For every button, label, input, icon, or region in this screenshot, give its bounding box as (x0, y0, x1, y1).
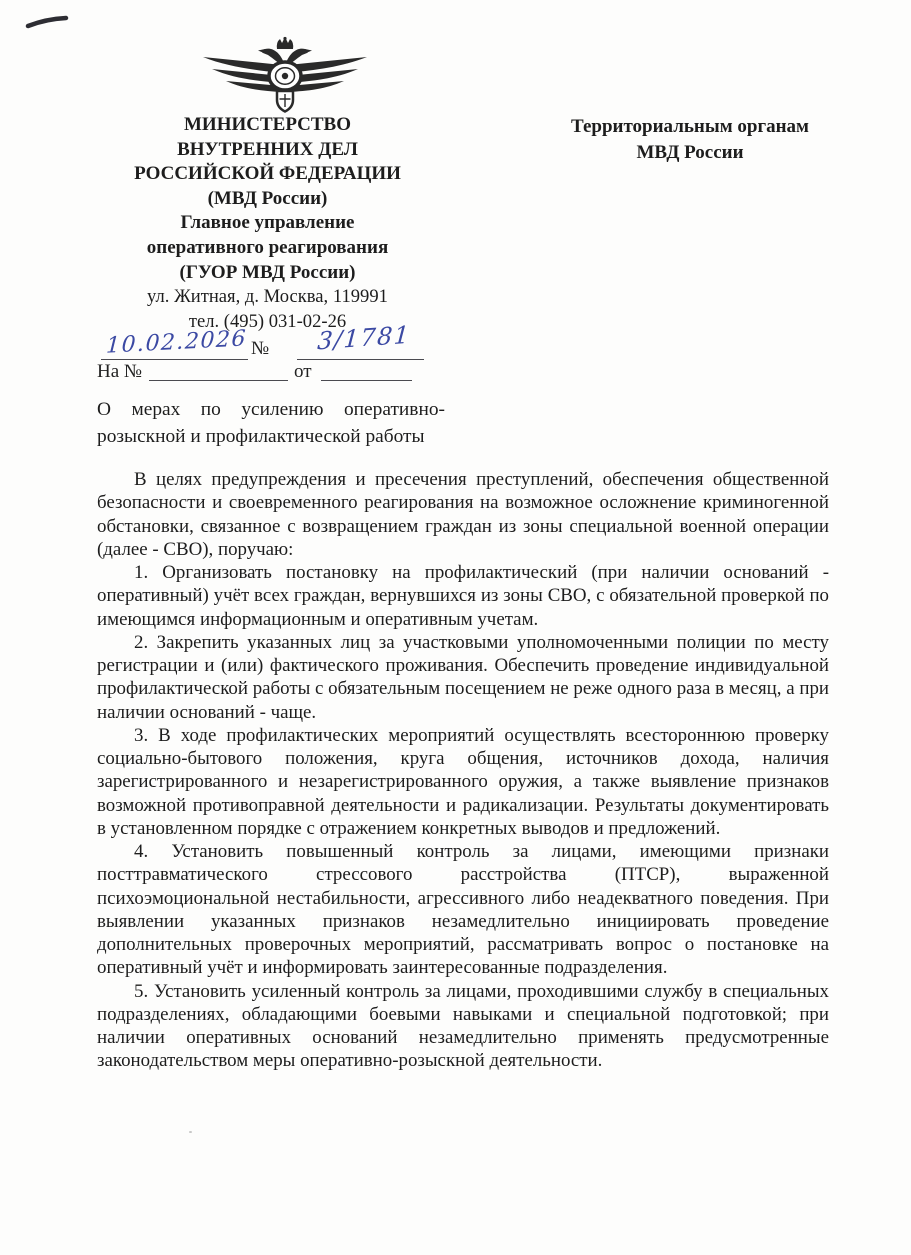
body-paragraph-item-3: 3. В ходе профилактических мероприятий о… (97, 724, 829, 840)
number-underline (297, 359, 424, 360)
double-headed-eagle-icon (199, 36, 371, 114)
addressee-line: Территориальным органам (525, 114, 855, 140)
incoming-number-underline (149, 380, 288, 381)
letter-body: В целях предупреждения и пресечения прес… (97, 468, 829, 1073)
body-paragraph-item-1: 1. Организовать постановку на профилакти… (97, 561, 829, 631)
incoming-date-label: от (294, 361, 312, 383)
date-underline (101, 359, 248, 360)
ministry-abbrev-line: (МВД России) (70, 187, 465, 212)
scan-speck-artifact (189, 1131, 192, 1133)
number-sign-label: № (251, 338, 269, 360)
department-name-line: оперативного реагирования (70, 236, 465, 261)
subject-line: розыскной и профилактической работы (97, 423, 445, 450)
incoming-number-label: На № (97, 361, 142, 383)
pen-mark-artifact (20, 10, 80, 35)
body-paragraph-item-5: 5. Установить усиленный контроль за лица… (97, 980, 829, 1073)
subject-line: О мерах по усилению оперативно- (97, 396, 445, 423)
ministry-name-line: МИНИСТЕРСТВО (70, 113, 465, 138)
letterhead-block: МИНИСТЕРСТВО ВНУТРЕННИХ ДЕЛ РОССИЙСКОЙ Ф… (70, 113, 465, 334)
ministry-name-line: ВНУТРЕННИХ ДЕЛ (70, 138, 465, 163)
scanned-letter-page: МИНИСТЕРСТВО ВНУТРЕННИХ ДЕЛ РОССИЙСКОЙ Ф… (0, 0, 911, 1255)
department-abbrev-line: (ГУОР МВД России) (70, 261, 465, 286)
department-name-line: Главное управление (70, 211, 465, 236)
body-paragraph-intro: В целях предупреждения и пресечения прес… (97, 468, 829, 561)
addressee-block: Территориальным органам МВД России (525, 114, 855, 165)
addressee-line: МВД России (525, 140, 855, 166)
incoming-date-underline (321, 380, 412, 381)
mvd-eagle-emblem (199, 36, 371, 114)
body-paragraph-item-2: 2. Закрепить указанных лиц за участковым… (97, 631, 829, 724)
letterhead-address: ул. Житная, д. Москва, 119991 (70, 285, 465, 310)
ministry-name-line: РОССИЙСКОЙ ФЕДЕРАЦИИ (70, 162, 465, 187)
body-paragraph-item-4: 4. Установить повышенный контроль за лиц… (97, 840, 829, 980)
subject-block: О мерах по усилению оперативно- розыскно… (97, 396, 445, 450)
